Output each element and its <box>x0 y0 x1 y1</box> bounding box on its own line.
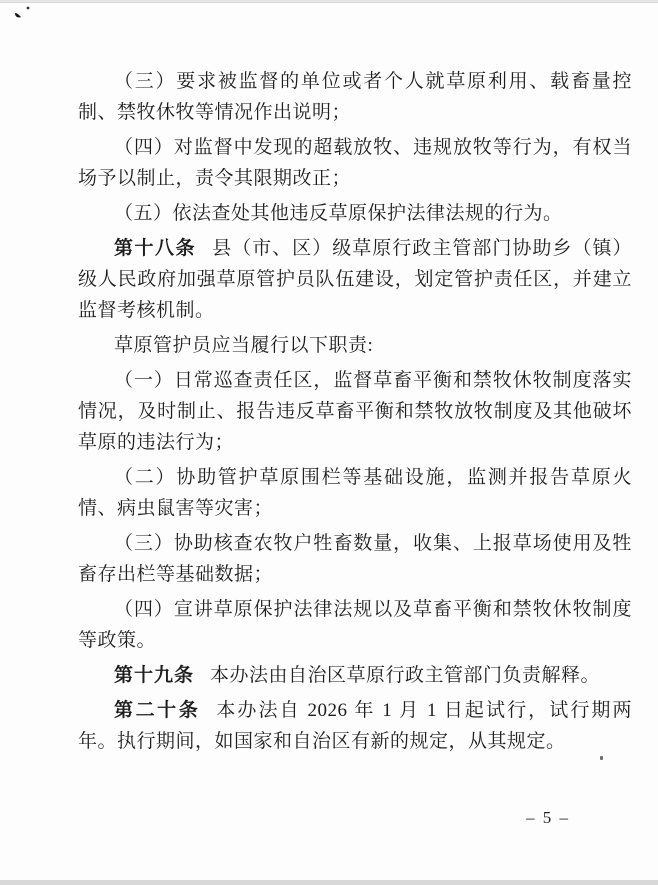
duty-item-1: （一）日常巡查责任区，监督草畜平衡和禁牧休牧制度落实情况，及时制止、报告违反草畜… <box>78 365 632 458</box>
article-18-number: 第十八条 <box>114 238 196 259</box>
clause-text: （一）日常巡查责任区，监督草畜平衡和禁牧休牧制度落实情况，及时制止、报告违反草畜… <box>78 370 632 453</box>
scanned-document-page: { "page": { "page_number": "– 5 –", "col… <box>0 0 658 885</box>
page-number: – 5 – <box>526 808 570 828</box>
scan-artifact-speck <box>600 756 603 760</box>
clause-text: （二）协助管护草原围栏等基础设施，监测并报告草原火情、病虫鼠害等灾害； <box>78 467 632 519</box>
article-19: 第十九条本办法由自治区草原行政主管部门负责解释。 <box>78 660 632 691</box>
clause-item-5: （五）依法查处其他违反草原保护法律法规的行为。 <box>78 198 632 229</box>
duty-item-2: （二）协助管护草原围栏等基础设施，监测并报告草原火情、病虫鼠害等灾害； <box>78 462 632 524</box>
clause-item-3: （三）要求被监督的单位或者个人就草原利用、载畜量控制、禁牧休牧等情况作出说明； <box>78 66 632 128</box>
duty-item-4: （四）宣讲草原保护法律法规以及草畜平衡和禁牧休牧制度等政策。 <box>78 594 632 656</box>
duties-intro: 草原管护员应当履行以下职责: <box>78 330 632 361</box>
article-20-number: 第二十条 <box>114 700 200 721</box>
article-20: 第二十条本办法自 2026 年 1 月 1 日起试行，试行期两年。执行期间，如国… <box>78 695 632 757</box>
stray-ink-mark <box>10 4 34 24</box>
document-body: （三）要求被监督的单位或者个人就草原利用、载畜量控制、禁牧休牧等情况作出说明； … <box>78 66 632 761</box>
clause-text: （四）宣讲草原保护法律法规以及草畜平衡和禁牧休牧制度等政策。 <box>78 599 632 651</box>
article-19-number: 第十九条 <box>114 665 194 686</box>
clause-text: （五）依法查处其他违反草原保护法律法规的行为。 <box>114 203 563 224</box>
article-text: 本办法由自治区草原行政主管部门负责解释。 <box>210 665 600 686</box>
clause-text: 草原管护员应当履行以下职责: <box>114 335 373 356</box>
clause-item-4: （四）对监督中发现的超载放牧、违规放牧等行为，有权当场予以制止，责令其限期改正； <box>78 132 632 194</box>
clause-text: （三）要求被监督的单位或者个人就草原利用、载畜量控制、禁牧休牧等情况作出说明； <box>78 71 632 123</box>
scan-edge-bottom <box>0 880 658 885</box>
article-18: 第十八条县（市、区）级草原行政主管部门协助乡（镇）级人民政府加强草原管护员队伍建… <box>78 233 632 326</box>
duty-item-3: （三）协助核查农牧户牲畜数量，收集、上报草场使用及牲畜存出栏等基础数据； <box>78 528 632 590</box>
scan-edge-top <box>0 0 658 3</box>
clause-text: （四）对监督中发现的超载放牧、违规放牧等行为，有权当场予以制止，责令其限期改正； <box>78 137 632 189</box>
clause-text: （三）协助核查农牧户牲畜数量，收集、上报草场使用及牲畜存出栏等基础数据； <box>78 533 632 585</box>
